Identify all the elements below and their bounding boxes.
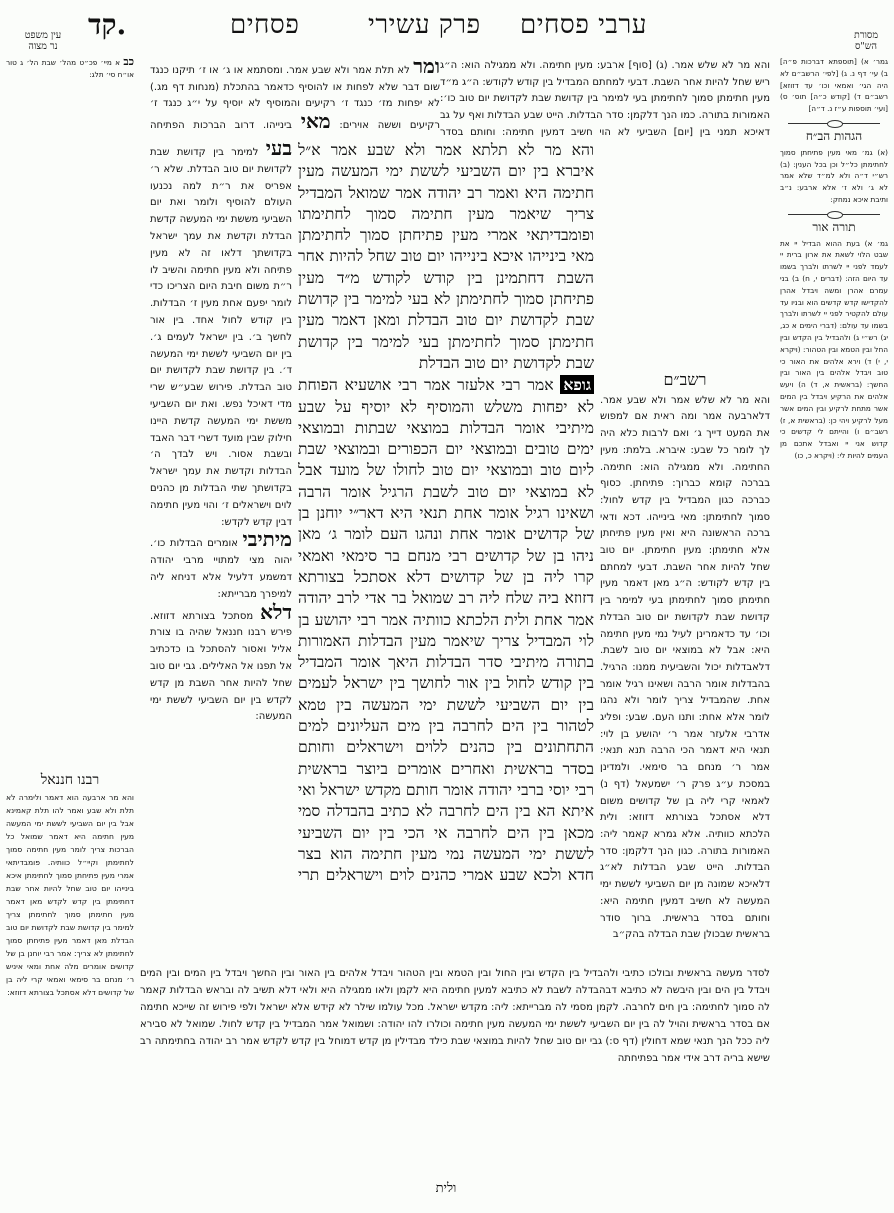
hagahot-text: (א) גמ׳ מאי מעין פתיחתן סמוך לחתימתן כל״… xyxy=(780,147,888,206)
rashbam-column: רשב״ם והא מר לא שלש אמר ולא שבע אמר. דלא… xyxy=(600,140,770,960)
gufa-marker: גופא xyxy=(560,375,594,394)
tosafot-bei: בעי למימר בין קדושת שבת לקדושת יום טוב ה… xyxy=(150,140,292,531)
tosafot-column: ומר לא תלת אמר ולא שבע אמר. ומסתמא או ג׳… xyxy=(150,58,440,138)
rashbam-title: רשב״ם xyxy=(600,372,770,389)
ein-mishpat-header: עין משפט נר מצוה xyxy=(8,30,78,52)
tosafot-dela-text: מסתכל בצורתא דזוזא. פירש רבנו חננאל שהיה… xyxy=(150,611,292,723)
gemara-gufa-paragraph: גופא אמר רבי אלעזר אמר רבי אושעיא הפוחת … xyxy=(298,374,594,880)
masoret-hashas-notes: גמר׳ א) [תוספתא דברכות פ״ה] ב) עי׳ דף נ.… xyxy=(780,56,888,115)
torah-or-title: תורה אור xyxy=(780,222,888,234)
velit-marker-2: ולית xyxy=(298,1178,594,1199)
masoret-hashas-header: מסורת הש"ס xyxy=(844,30,888,52)
rashbam-top-text: והא מר לא שלש אמר. (ג) [סוף] ארבע: מעין … xyxy=(440,58,770,138)
ein-mishpat-entry: כב א מיי׳ פכ״ט מהל׳ שבת הל׳ ג טור או״ח ס… xyxy=(6,56,134,81)
rashbam-bottom-continuation: לסדר מעשה בראשית ובולכו כתיבי ולהבדיל בי… xyxy=(140,965,770,1175)
ner-mitzvah-label: נר מצוה xyxy=(8,41,78,52)
masechet-running-title: פסחים xyxy=(230,10,299,40)
tosafot-bei-text: למימר בין קדושת שבת לקדושת יום טוב הבדלת… xyxy=(150,147,292,528)
tosafot-dibur-bei: בעי xyxy=(266,140,292,160)
daf-number: קד. xyxy=(88,8,126,42)
tosafot-dibur-meitivei: מיתיבי xyxy=(243,527,292,551)
hagahot-title: הגהות הב״ח xyxy=(780,131,888,143)
rashbam-main-text: והא מר לא שלש אמר ולא שבע אמר. דלארבעה א… xyxy=(600,393,770,944)
tosafot-meitivei: מיתיבי אומרים הבדלות כו׳. יהוה מצי למתוי… xyxy=(150,531,292,603)
tosafot-dela: דלא מסתכל בצורתא דזוזא. פירש רבנו חננאל … xyxy=(150,604,292,727)
ein-mishpat-marker: כב xyxy=(123,56,134,68)
tractate-running-title: ערבי פסחים xyxy=(520,10,647,40)
tosafot-dibur-umar: ומר xyxy=(413,58,440,78)
gemara-opening: והא מר לא תלתא אמר ולא שבע אמר א״ל איברא… xyxy=(298,140,594,374)
tosafot-opening: ומר לא תלת אמר ולא שבע אמר. ומסתמא או ג׳… xyxy=(150,58,440,138)
rashbam-top-block: והא מר לא שלש אמר. (ג) [סוף] ארבע: מעין … xyxy=(440,58,770,138)
tosafot-dibur-dela: דלא xyxy=(260,600,292,624)
rabbeinu-chananel-title: רבנו חננאל xyxy=(6,774,134,787)
chapter-running-title: פרק עשירי xyxy=(368,10,481,40)
masoret-hashas-label: מסורת הש"ס xyxy=(854,30,878,52)
rabbeinu-chananel-text: והא מר ארבעה הוא דאמר ולימרה לא תלת ולא … xyxy=(6,791,134,999)
ein-mishpat-column: כב א מיי׳ פכ״ט מהל׳ שבת הל׳ ג טור או״ח ס… xyxy=(6,56,134,116)
tosafot-main-column: בעי למימר בין קדושת שבת לקדושת יום טוב ה… xyxy=(150,140,292,900)
gemara-gufa-text: אמר רבי אלעזר אמר רבי אושעיא הפוחת לא יפ… xyxy=(298,376,594,880)
right-margin-column: גמר׳ א) [תוספתא דברכות פ״ה] ב) עי׳ דף נ.… xyxy=(780,56,888,676)
rashbam-bottom-text: לסדר מעשה בראשית ובולכו כתיבי ולהבדיל בי… xyxy=(140,965,770,1067)
gemara-main-text: והא מר לא תלתא אמר ולא שבע אמר א״ל איברא… xyxy=(298,140,594,880)
tosafot-dibur-mai: מאי xyxy=(301,109,331,133)
ornament-divider-2 xyxy=(780,210,888,218)
ein-mishpat-entry-text: א מיי׳ פכ״ט מהל׳ שבת הל׳ ג טור או״ח סי׳ … xyxy=(6,58,134,79)
rabbeinu-chananel-column: רבנו חננאל והא מר ארבעה הוא דאמר ולימרה … xyxy=(6,770,134,1080)
torah-or-text: גמ׳ א) בעת ההוא הבדיל יי את שבט הלוי לשא… xyxy=(780,238,888,462)
ornament-divider-1 xyxy=(780,119,888,127)
ein-mishpat-label: עין משפט xyxy=(8,30,78,41)
